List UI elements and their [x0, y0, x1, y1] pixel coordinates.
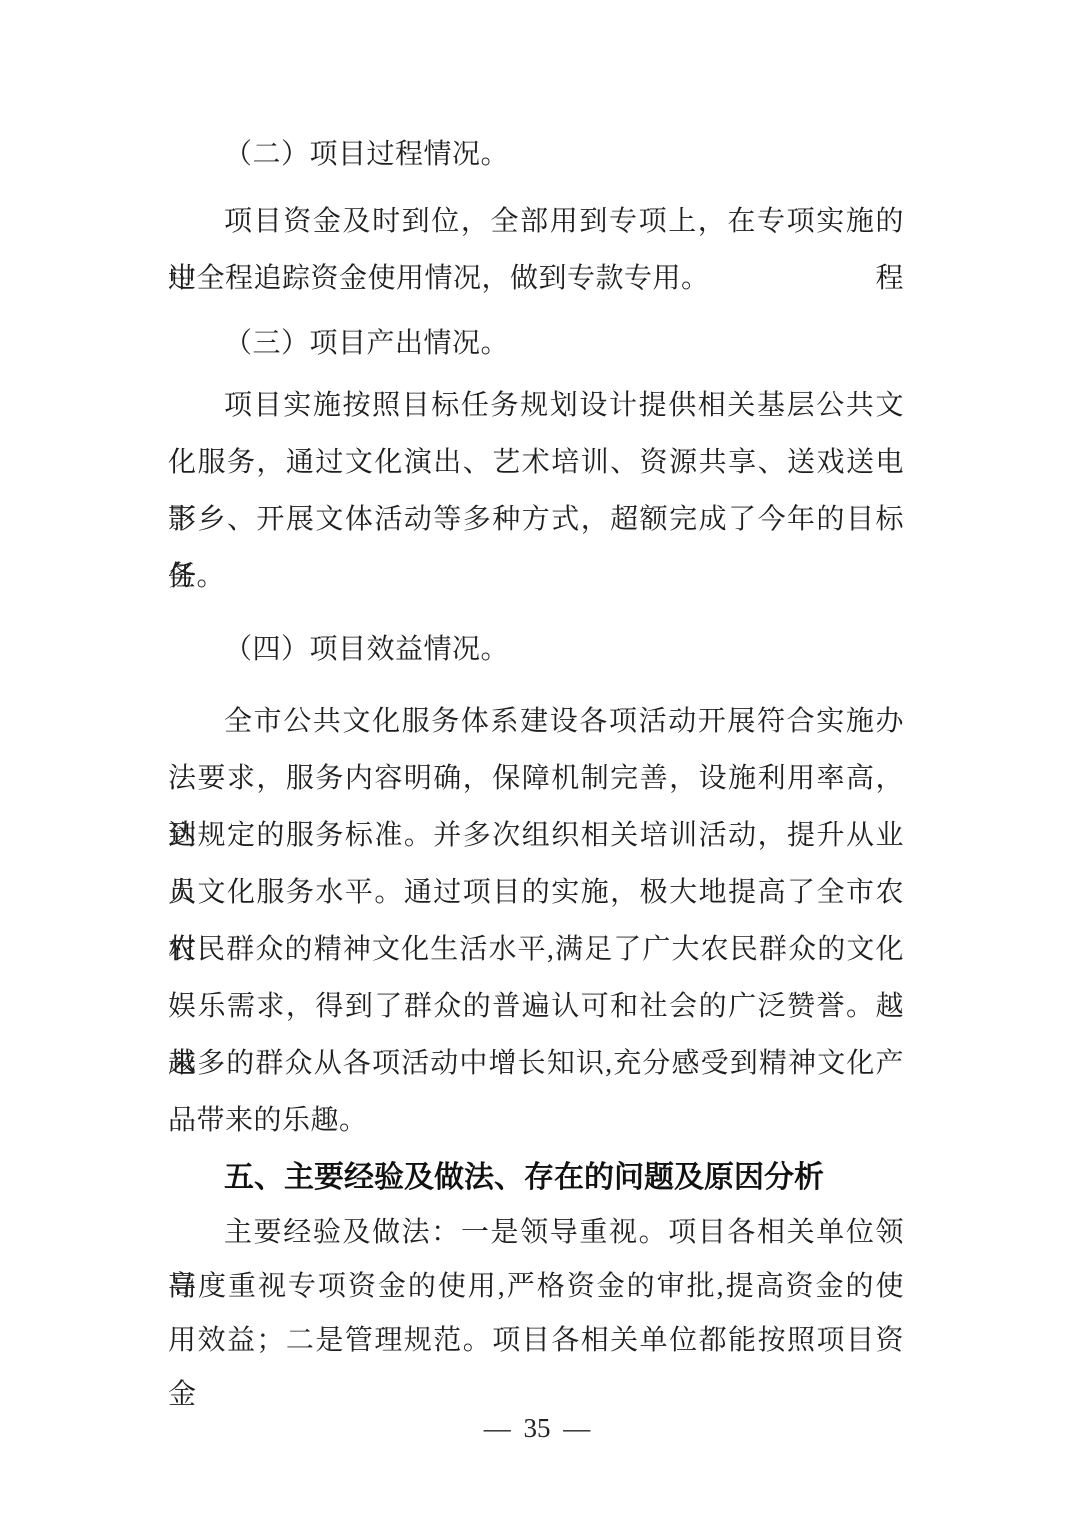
page-footer: — 35 —	[0, 1413, 1074, 1443]
text-line: 高度重视专项资金的使用,严格资金的审批,提高资金的使	[168, 1260, 904, 1314]
body-paragraph: 全市公共文化服务体系建设各项活动开展符合实施办法要求，服务内容明确，保障机制完善…	[168, 693, 904, 1149]
text-line: 品带来的乐趣。	[168, 1092, 904, 1149]
text-line: 娱乐需求，得到了群众的普遍认可和社会的广泛赞誉。越来	[168, 978, 904, 1035]
major-heading: 五、主要经验及做法、存在的问题及原因分析	[168, 1149, 904, 1206]
text-line: （三）项目产出情况。	[168, 315, 904, 372]
section-heading: （三）项目产出情况。	[168, 315, 904, 372]
text-line: 五、主要经验及做法、存在的问题及原因分析	[168, 1149, 904, 1206]
text-line: 用效益；二是管理规范。项目各相关单位都能按照项目资金	[168, 1314, 904, 1368]
page-number: — 35 —	[484, 1413, 591, 1443]
text-line: （四）项目效益情况。	[168, 621, 904, 678]
text-line: （二）项目过程情况。	[168, 126, 904, 183]
text-line: 农民群众的精神文化生活水平,满足了广大农民群众的文化	[168, 921, 904, 978]
text-line: 越多的群众从各项活动中增长知识,充分感受到精神文化产	[168, 1035, 904, 1092]
text-line: 下乡、开展文体活动等多种方式，超额完成了今年的目标任	[168, 491, 904, 548]
body-paragraph: 项目实施按照目标任务规划设计提供相关基层公共文化服务，通过文化演出、艺术培训、资…	[168, 377, 904, 605]
document-page: （二）项目过程情况。项目资金及时到位，全部用到专项上，在专项实施的过程中全程追踪…	[0, 0, 1074, 1520]
text-line: 到规定的服务标准。并多次组织相关培训活动，提升从业人	[168, 807, 904, 864]
document-body: （二）项目过程情况。项目资金及时到位，全部用到专项上，在专项实施的过程中全程追踪…	[168, 126, 904, 1368]
text-line: 法要求，服务内容明确，保障机制完善，设施利用率高，达	[168, 750, 904, 807]
text-line: 主要经验及做法：一是领导重视。项目各相关单位领导	[168, 1206, 904, 1260]
text-line: 务。	[168, 548, 904, 605]
text-line: 员文化服务水平。通过项目的实施，极大地提高了全市农村	[168, 864, 904, 921]
text-line: 全市公共文化服务体系建设各项活动开展符合实施办	[168, 693, 904, 750]
text-line: 化服务，通过文化演出、艺术培训、资源共享、送戏送电影	[168, 434, 904, 491]
body-paragraph: 项目资金及时到位，全部用到专项上，在专项实施的过程中全程追踪资金使用情况，做到专…	[168, 193, 904, 307]
section-heading: （四）项目效益情况。	[168, 621, 904, 678]
text-line: 项目资金及时到位，全部用到专项上，在专项实施的过程	[168, 193, 904, 250]
text-line: 项目实施按照目标任务规划设计提供相关基层公共文	[168, 377, 904, 434]
body-paragraph: 主要经验及做法：一是领导重视。项目各相关单位领导高度重视专项资金的使用,严格资金…	[168, 1206, 904, 1368]
section-heading: （二）项目过程情况。	[168, 126, 904, 183]
